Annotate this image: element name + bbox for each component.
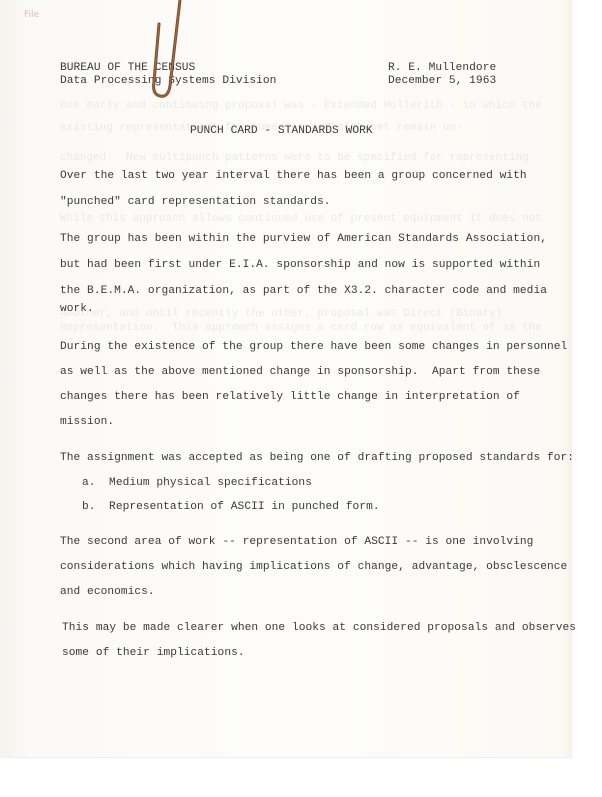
paragraph-line: changes there has been relatively little… — [60, 391, 520, 403]
paragraph-line: This may be made clearer when one looks … — [62, 622, 576, 634]
document-title: PUNCH CARD - STANDARDS WORK — [190, 125, 373, 137]
paragraph-line: The group has been within the purview of… — [60, 233, 547, 245]
bleed-through-line: Another, and until recently the other, p… — [60, 308, 502, 320]
bleed-through-line: changed. New multipunch patterns were to… — [60, 152, 529, 164]
bleed-through-line: While this approach allows continued use… — [60, 213, 542, 225]
paragraph-line: Over the last two year interval there ha… — [60, 170, 527, 182]
paragraph-line: The second area of work -- representatio… — [60, 536, 533, 548]
author: R. E. Mullendore — [388, 62, 496, 74]
paragraph-line: considerations which having implications… — [60, 561, 567, 573]
document-page — [0, 0, 572, 757]
paragraph-line: During the existence of the group there … — [60, 341, 567, 353]
paragraph-line: but had been first under E.I.A. sponsors… — [60, 259, 540, 271]
list-item: b. Representation of ASCII in punched fo… — [82, 501, 380, 513]
paragraph-line: and economics. — [60, 586, 155, 598]
paragraph-line: The assignment was accepted as being one… — [60, 452, 574, 464]
paragraph-line: some of their implications. — [62, 647, 245, 659]
paragraph-line: work. — [60, 303, 94, 315]
list-item: a. Medium physical specifications — [82, 477, 312, 489]
paragraph-line: as well as the above mentioned change in… — [60, 366, 540, 378]
paragraph-line: mission. — [60, 416, 114, 428]
paragraph-line: "punched" card representation standards. — [60, 196, 331, 208]
paper-clip-icon — [148, 0, 188, 105]
pencil-note: File — [24, 10, 39, 20]
paragraph-line: the B.E.M.A. organization, as part of th… — [60, 285, 547, 297]
bleed-through-line: Representation. This approach assigns a … — [60, 322, 542, 334]
date: December 5, 1963 — [388, 75, 496, 87]
bleed-through-line: One early and continuing proposal was - … — [60, 100, 542, 112]
